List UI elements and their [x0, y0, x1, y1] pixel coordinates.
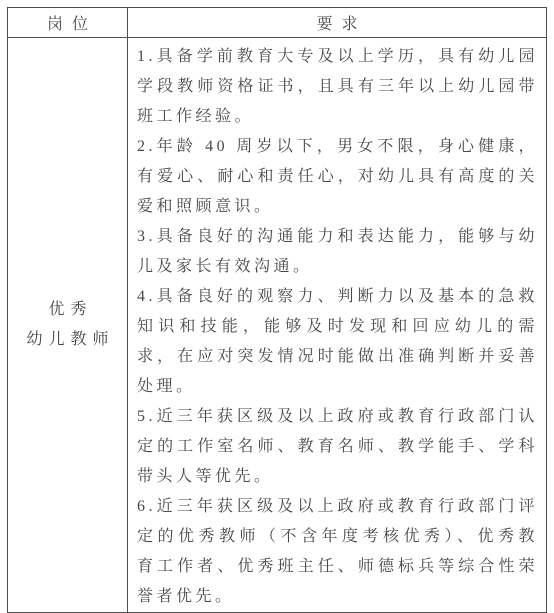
position-name-line2: 幼儿教师 [8, 325, 127, 355]
header-position: 岗位 [8, 8, 128, 38]
requirement-item-3: 3.具备良好的沟通能力和表达能力，能够与幼儿及家长有效沟通。 [137, 222, 538, 282]
requirement-item-1: 1.具备学前教育大专及以上学历，具有幼儿园学段教师资格证书，且具有三年以上幼儿园… [137, 42, 538, 132]
requirement-item-2: 2.年龄 40 周岁以下，男女不限，身心健康，有爱心、耐心和责任心，对幼儿具有高… [137, 132, 538, 222]
position-name-line1: 优秀 [8, 295, 127, 325]
header-requirement: 要求 [128, 8, 547, 38]
table-header-row: 岗位 要求 [8, 8, 547, 38]
recruitment-requirements-table: 岗位 要求 优秀 幼儿教师 1.具备学前教育大专及以上学历，具有幼儿园学段教师资… [7, 7, 547, 613]
requirement-item-4: 4.具备良好的观察力、判断力以及基本的急救知识和技能，能够及时发现和回应幼儿的需… [137, 282, 538, 402]
requirement-item-5: 5.近三年获区级及以上政府或教育行政部门认定的工作室名师、教育名师、教学能手、学… [137, 402, 538, 492]
requirement-cell: 1.具备学前教育大专及以上学历，具有幼儿园学段教师资格证书，且具有三年以上幼儿园… [128, 38, 547, 613]
requirement-item-6: 6.近三年获区级及以上政府或教育行政部门评定的优秀教师（不含年度考核优秀）、优秀… [137, 492, 538, 612]
document-page: 岗位 要求 优秀 幼儿教师 1.具备学前教育大专及以上学历，具有幼儿园学段教师资… [0, 0, 554, 591]
table-row: 优秀 幼儿教师 1.具备学前教育大专及以上学历，具有幼儿园学段教师资格证书，且具… [8, 38, 547, 613]
position-cell: 优秀 幼儿教师 [8, 38, 128, 613]
